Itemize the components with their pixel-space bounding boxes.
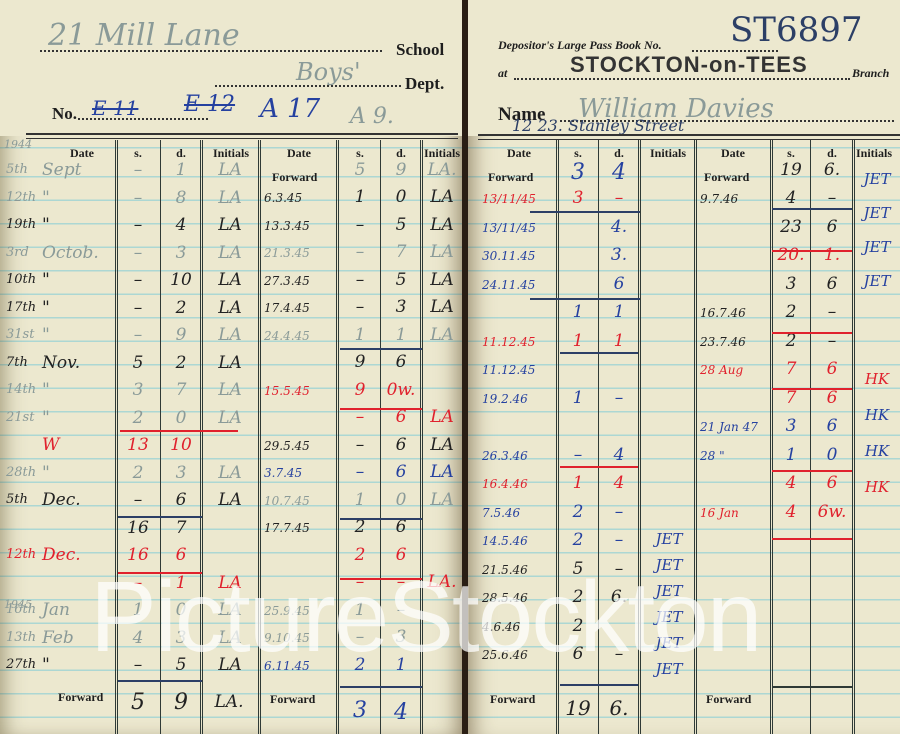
initials-cell: HK: [854, 442, 900, 460]
branch-dotted-line: [514, 78, 850, 80]
s-cell: –: [118, 188, 158, 208]
date-day: 16th: [6, 602, 36, 617]
date-day: 5th: [6, 492, 28, 507]
d-cell: 6: [812, 473, 852, 493]
total-rule: [118, 516, 202, 518]
d-cell: 6: [382, 462, 420, 482]
s-cell: –: [340, 407, 380, 427]
total-rule: [772, 470, 852, 472]
d-cell: 6: [382, 435, 420, 455]
d-cell: 4: [600, 473, 638, 493]
d-cell: 6w.: [812, 502, 852, 522]
d-cell: 7: [382, 242, 420, 262]
s-cell: –: [118, 270, 158, 290]
col-header-s-2: s.: [772, 146, 810, 161]
col-header-date-2: Date: [696, 146, 770, 161]
d-cell: 8: [162, 188, 200, 208]
date-cell: 3.7.45: [264, 466, 302, 480]
s-cell: 20.: [772, 245, 810, 265]
col-header-initials-2: Initials: [856, 146, 900, 161]
d-cell: 3: [382, 297, 420, 317]
date-month: ": [42, 298, 50, 318]
initials-cell: LA: [202, 270, 258, 290]
d-cell: –: [812, 302, 852, 322]
col-header-initials: Initials: [642, 146, 694, 161]
d-cell: 1.: [812, 245, 852, 265]
date-month: W: [42, 435, 59, 455]
d-cell: 3: [162, 243, 200, 263]
forward-s: 19: [558, 696, 598, 720]
date-cell: 17.7.45: [264, 521, 310, 535]
date-cell: 21.3.45: [264, 246, 310, 260]
col-header-date: Date: [482, 146, 556, 161]
col-header-d: d.: [162, 146, 200, 161]
d-cell: 1: [382, 325, 420, 345]
total-rule: [340, 686, 422, 688]
forward-label-bottom-2: Forward: [706, 692, 751, 707]
initials-cell: LA: [422, 435, 462, 455]
branch-stamp: STOCKTON-on-TEES: [570, 52, 808, 78]
d-cell: –: [812, 188, 852, 208]
forward-initials: LA.: [204, 692, 254, 712]
s-cell: 4: [772, 473, 810, 493]
s-cell: 1: [558, 388, 598, 408]
d-cell: 6: [382, 407, 420, 427]
date-month: Sept: [42, 160, 81, 180]
forward-d-2: 4: [382, 700, 420, 725]
d-cell: 6: [382, 352, 420, 372]
total-rule: [560, 684, 638, 686]
col-header-s: s.: [558, 146, 598, 161]
date-cell: 28 ": [700, 449, 725, 463]
date-day: 12th: [6, 547, 36, 562]
d-cell: 1: [600, 302, 638, 322]
s-cell: 7: [772, 388, 810, 408]
s-cell: –: [118, 243, 158, 263]
initials-cell: LA: [202, 463, 258, 483]
dept-label: Dept.: [405, 74, 444, 94]
s-cell: 3: [772, 274, 810, 294]
forward-top-d: 4: [600, 160, 638, 185]
school-dotted-line: [40, 50, 382, 52]
col-header-s-2: s.: [340, 146, 380, 161]
forward-s-2: 3: [340, 698, 380, 723]
total-rule: [530, 211, 640, 213]
col-divider: [810, 140, 811, 734]
s-cell: 2: [558, 502, 598, 522]
d-cell: 2: [162, 298, 200, 318]
date-cell: 16 Jan: [700, 506, 739, 520]
s-cell: 1: [558, 331, 598, 351]
initials-cell: HK: [854, 370, 900, 388]
date-month: Octob.: [42, 243, 99, 263]
total-rule: [560, 352, 638, 354]
total-rule: [772, 538, 852, 540]
s-cell: –: [118, 160, 158, 180]
s-cell: 2: [118, 463, 158, 483]
address-value: 12 23. Stanley Street: [512, 116, 684, 135]
d-cell: 4: [600, 445, 638, 465]
date-day: 12th: [6, 190, 36, 205]
d-cell: 6: [812, 274, 852, 294]
date-cell: 15.5.45: [264, 384, 310, 398]
d-cell: 5: [382, 270, 420, 290]
date-day: 13th: [6, 630, 36, 645]
s-cell: 5: [118, 353, 158, 373]
date-month: ": [42, 215, 50, 235]
date-month: ": [42, 270, 50, 290]
d-cell: 0w.: [382, 380, 420, 400]
date-cell: 29.5.45: [264, 439, 310, 453]
date-month: Dec.: [42, 545, 81, 565]
date-month: ": [42, 463, 50, 483]
d-cell: 10: [162, 435, 200, 455]
initials-cell: LA: [422, 297, 462, 317]
date-cell: 23.7.46: [700, 335, 746, 349]
initials-cell: LA: [202, 160, 258, 180]
s-cell: 3: [558, 188, 598, 208]
initials-cell: JET: [854, 170, 900, 188]
col-header-initials: Initials: [204, 146, 258, 161]
initials-cell: JET: [644, 530, 694, 548]
s-cell: –: [340, 435, 380, 455]
no-value-1: A 17: [260, 94, 320, 124]
date-day: 31st: [6, 327, 34, 342]
initials-cell: LA: [202, 380, 258, 400]
date-cell: 30.11.45: [482, 249, 535, 263]
s-cell: 9: [340, 380, 380, 400]
date-cell: 21 Jan 47: [700, 420, 758, 434]
s-cell: 1: [558, 473, 598, 493]
initials-cell: LA: [422, 215, 462, 235]
s-cell: –: [558, 445, 598, 465]
s-cell: 2: [340, 517, 380, 537]
no-label: No.: [52, 104, 77, 124]
date-day: 10th: [6, 272, 36, 287]
forward-top-s: 19: [772, 160, 810, 180]
date-cell: 13/11/45: [482, 221, 536, 235]
s-cell: –: [340, 297, 380, 317]
date-month: Nov.: [42, 353, 80, 373]
date-day: 19th: [6, 217, 36, 232]
s-cell: 16: [118, 518, 158, 538]
s-cell: –: [340, 215, 380, 235]
date-cell: 7.5.46: [482, 506, 520, 520]
date-day: 3rd: [6, 245, 29, 260]
date-cell: 11.12.45: [482, 363, 535, 377]
date-month: Dec.: [42, 490, 81, 510]
s-cell: 9: [340, 352, 380, 372]
initials-cell: LA: [202, 353, 258, 373]
d-cell: 2: [162, 353, 200, 373]
d-cell: 6: [812, 416, 852, 436]
forward-top-s: 3: [558, 160, 598, 185]
header-double-rule: [478, 134, 900, 140]
date-cell: 6.3.45: [264, 191, 302, 205]
dept-dotted-line: [215, 85, 401, 87]
forward-label: Forward: [272, 170, 317, 185]
col-header-date-2: Date: [262, 146, 336, 161]
dept-value: Boys': [296, 58, 361, 86]
initials-cell: JET: [854, 204, 900, 222]
d-cell: 0: [382, 490, 420, 510]
initials-cell: HK: [854, 406, 900, 424]
total-rule: [340, 348, 422, 350]
year-note-1944: 1944: [4, 138, 32, 151]
initials-cell: LA: [202, 298, 258, 318]
s-cell: –: [340, 270, 380, 290]
d-cell: 4.: [600, 217, 638, 237]
date-day: 14th: [6, 382, 36, 397]
d-cell: 3: [162, 463, 200, 483]
date-cell: 19.2.46: [482, 392, 528, 406]
date-day: 28th: [6, 465, 36, 480]
forward-top-d: 9: [382, 160, 420, 180]
forward-d: 6.: [600, 696, 638, 720]
date-month: ": [42, 380, 50, 400]
initials-cell: LA: [422, 187, 462, 207]
d-cell: 4: [162, 215, 200, 235]
date-month: ": [42, 188, 50, 208]
s-cell: –: [118, 325, 158, 345]
initials-cell: LA: [202, 408, 258, 428]
watermark: PictureStockton: [90, 560, 760, 675]
date-month: ": [42, 655, 50, 675]
initials-cell: LA: [422, 490, 462, 510]
d-cell: 6: [162, 490, 200, 510]
col-header-date: Date: [52, 146, 112, 161]
date-cell: 16.4.46: [482, 477, 528, 491]
no-struck-1: E 11: [92, 96, 138, 120]
initials-cell: JET: [854, 238, 900, 256]
d-cell: 6: [812, 388, 852, 408]
s-cell: 1: [340, 490, 380, 510]
s-cell: 4: [772, 188, 810, 208]
branch-label: Branch: [852, 66, 889, 81]
total-rule: [120, 430, 238, 432]
forward-label-bottom-2: Forward: [270, 692, 315, 707]
date-day: 21st: [6, 410, 34, 425]
initials-cell: LA: [202, 243, 258, 263]
d-cell: 6: [812, 217, 852, 237]
date-day: 27th: [6, 657, 36, 672]
col-header-d: d.: [600, 146, 638, 161]
s-cell: 3: [772, 416, 810, 436]
initials-cell: LA: [422, 270, 462, 290]
d-cell: 3.: [600, 245, 638, 265]
date-cell: 13/11/45: [482, 192, 536, 206]
initials-cell: LA: [202, 188, 258, 208]
date-cell: 9.7.46: [700, 192, 738, 206]
col-header-initials-2: Initials: [424, 146, 464, 161]
col-divider: [852, 140, 855, 734]
total-rule: [118, 680, 202, 682]
date-cell: 27.3.45: [264, 274, 310, 288]
s-cell: 2: [118, 408, 158, 428]
date-cell: 17.4.45: [264, 301, 310, 315]
d-cell: –: [600, 188, 638, 208]
date-month: ": [42, 408, 50, 428]
forward-top-d: 6.: [812, 160, 852, 180]
date-cell: 24.11.45: [482, 278, 535, 292]
d-cell: 5: [382, 215, 420, 235]
forward-label-bottom: Forward: [58, 690, 103, 705]
date-month: Jan: [42, 600, 70, 620]
d-cell: 6: [600, 274, 638, 294]
s-cell: 1: [340, 325, 380, 345]
s-cell: 2: [558, 530, 598, 550]
d-cell: 7: [162, 518, 200, 538]
d-cell: 10: [162, 270, 200, 290]
initials-cell: LA: [422, 325, 462, 345]
total-rule: [340, 408, 422, 410]
d-cell: 9: [162, 325, 200, 345]
date-day: 5th: [6, 162, 28, 177]
date-cell: 10.7.45: [264, 494, 310, 508]
initials-cell: LA: [422, 242, 462, 262]
date-month: Feb: [42, 628, 74, 648]
forward-top-s: 5: [340, 160, 380, 180]
forward-total-rule: [772, 686, 852, 688]
d-cell: 6: [812, 359, 852, 379]
s-cell: 3: [118, 380, 158, 400]
header-double-rule: [26, 133, 458, 139]
date-cell: 11.12.45: [482, 335, 535, 349]
initials-cell: JET: [854, 272, 900, 290]
d-cell: –: [600, 502, 638, 522]
s-cell: 1: [340, 187, 380, 207]
col-header-d-2: d.: [812, 146, 852, 161]
initials-cell: LA: [202, 325, 258, 345]
forward-label-2: Forward: [704, 170, 749, 185]
initials-cell: HK: [854, 478, 900, 496]
date-cell: 26.3.46: [482, 449, 528, 463]
s-cell: –: [118, 298, 158, 318]
s-cell: 1: [558, 302, 598, 322]
s-cell: –: [118, 490, 158, 510]
d-cell: 1: [600, 331, 638, 351]
total-rule: [530, 298, 640, 300]
initials-cell: LA: [202, 215, 258, 235]
initials-cell: LA: [202, 490, 258, 510]
school-value: 21 Mill Lane: [48, 18, 240, 53]
initials-cell: LA: [422, 407, 462, 427]
total-rule: [772, 332, 852, 334]
no-value-2: A 9.: [350, 104, 394, 129]
d-cell: 7: [162, 380, 200, 400]
date-day: 7th: [6, 355, 28, 370]
col-header-d-2: d.: [382, 146, 420, 161]
no-struck-2: E 12: [184, 92, 235, 117]
forward-d: 9: [162, 690, 200, 715]
date-cell: 13.3.45: [264, 219, 310, 233]
date-cell: 14.5.46: [482, 534, 528, 548]
d-cell: 6: [382, 517, 420, 537]
s-cell: –: [340, 462, 380, 482]
date-cell: 16.7.46: [700, 306, 746, 320]
date-cell: 24.4.45: [264, 329, 310, 343]
d-cell: 0: [162, 408, 200, 428]
passbook-number: ST6897: [730, 10, 863, 50]
date-day: 17th: [6, 300, 36, 315]
d-cell: 1: [162, 160, 200, 180]
forward-label: Forward: [488, 170, 533, 185]
d-cell: 0: [382, 187, 420, 207]
passbook-label: Depositor's Large Pass Book No.: [498, 38, 662, 53]
total-rule: [340, 518, 422, 520]
s-cell: 7: [772, 359, 810, 379]
total-rule: [772, 250, 852, 252]
total-rule: [772, 208, 852, 210]
date-cell: 28 Aug: [700, 363, 743, 377]
date-month: ": [42, 325, 50, 345]
s-cell: 23: [772, 217, 810, 237]
initials-cell: LA: [422, 462, 462, 482]
s-cell: –: [340, 242, 380, 262]
d-cell: –: [600, 530, 638, 550]
school-label: School: [396, 40, 444, 60]
d-cell: 0: [812, 445, 852, 465]
total-rule: [560, 466, 638, 468]
d-cell: –: [600, 388, 638, 408]
forward-label-bottom: Forward: [490, 692, 535, 707]
s-cell: –: [118, 215, 158, 235]
at-label: at: [498, 66, 507, 81]
forward-s: 5: [118, 690, 158, 715]
s-cell: 13: [118, 435, 158, 455]
col-header-s: s.: [118, 146, 158, 161]
s-cell: 2: [772, 302, 810, 322]
total-rule: [772, 388, 852, 390]
s-cell: 1: [772, 445, 810, 465]
forward-top-initials: LA.: [422, 160, 462, 180]
s-cell: 4: [772, 502, 810, 522]
